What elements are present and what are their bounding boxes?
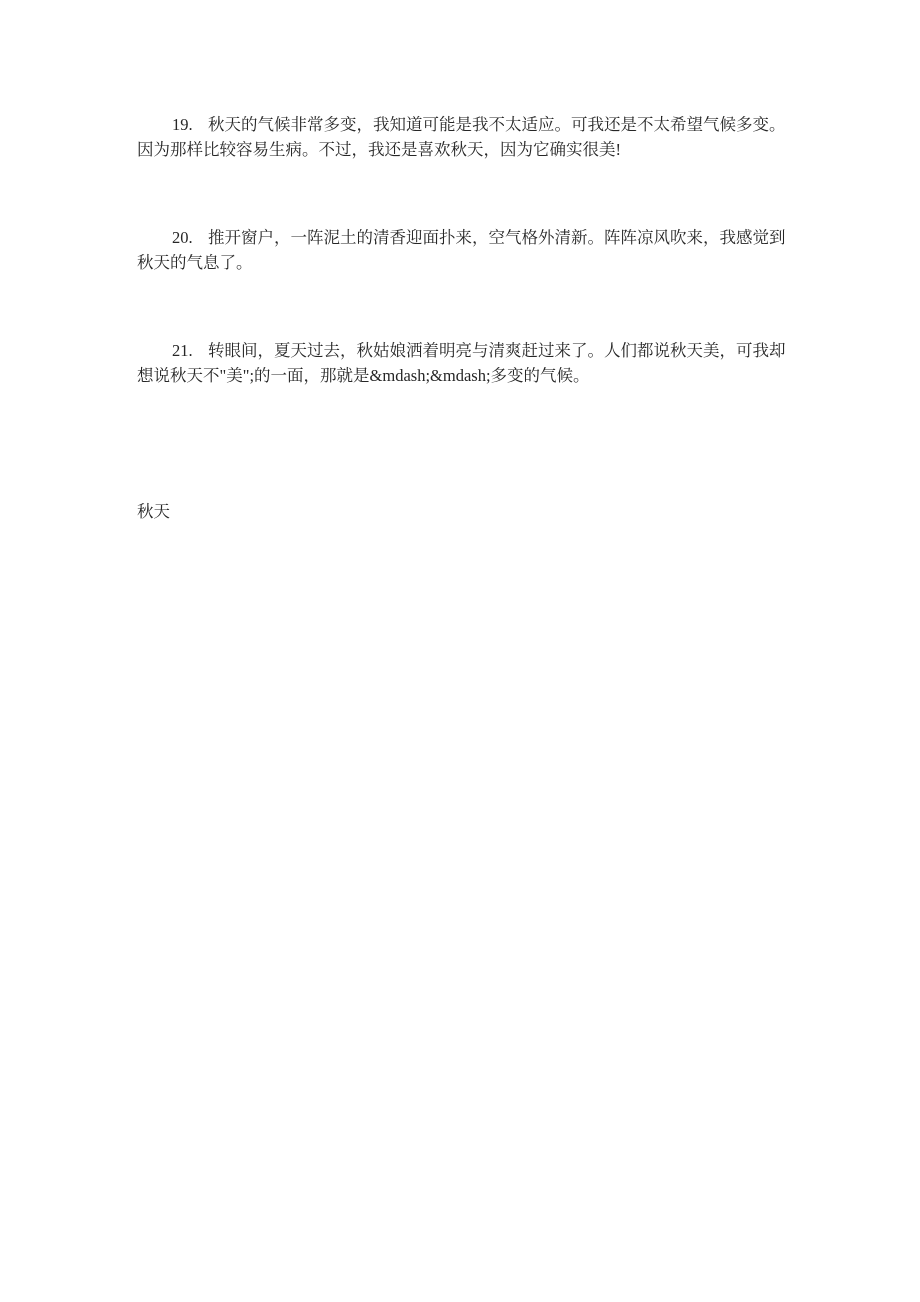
paragraph-21-text: 转眼间，夏天过去，秋姑娘洒着明亮与清爽赶过来了。人们都说秋天美，可我却想说秋天不…: [137, 341, 786, 385]
list-number-20: 20.: [172, 225, 208, 250]
list-number-21: 21.: [172, 338, 208, 363]
document-page: 19.秋天的气候非常多变，我知道可能是我不太适应。可我还是不太希望气候多变。因为…: [0, 0, 920, 1302]
footer-title: 秋天: [137, 499, 787, 524]
paragraph-19-text: 秋天的气候非常多变，我知道可能是我不太适应。可我还是不太希望气候多变。因为那样比…: [137, 115, 786, 159]
paragraph-19: 19.秋天的气候非常多变，我知道可能是我不太适应。可我还是不太希望气候多变。因为…: [137, 112, 787, 162]
list-number-19: 19.: [172, 112, 208, 137]
paragraph-20: 20.推开窗户，一阵泥土的清香迎面扑来，空气格外清新。阵阵凉风吹来，我感觉到秋天…: [137, 225, 787, 275]
paragraph-20-text: 推开窗户，一阵泥土的清香迎面扑来，空气格外清新。阵阵凉风吹来，我感觉到秋天的气息…: [137, 228, 786, 272]
paragraph-21: 21.转眼间，夏天过去，秋姑娘洒着明亮与清爽赶过来了。人们都说秋天美，可我却想说…: [137, 338, 787, 388]
